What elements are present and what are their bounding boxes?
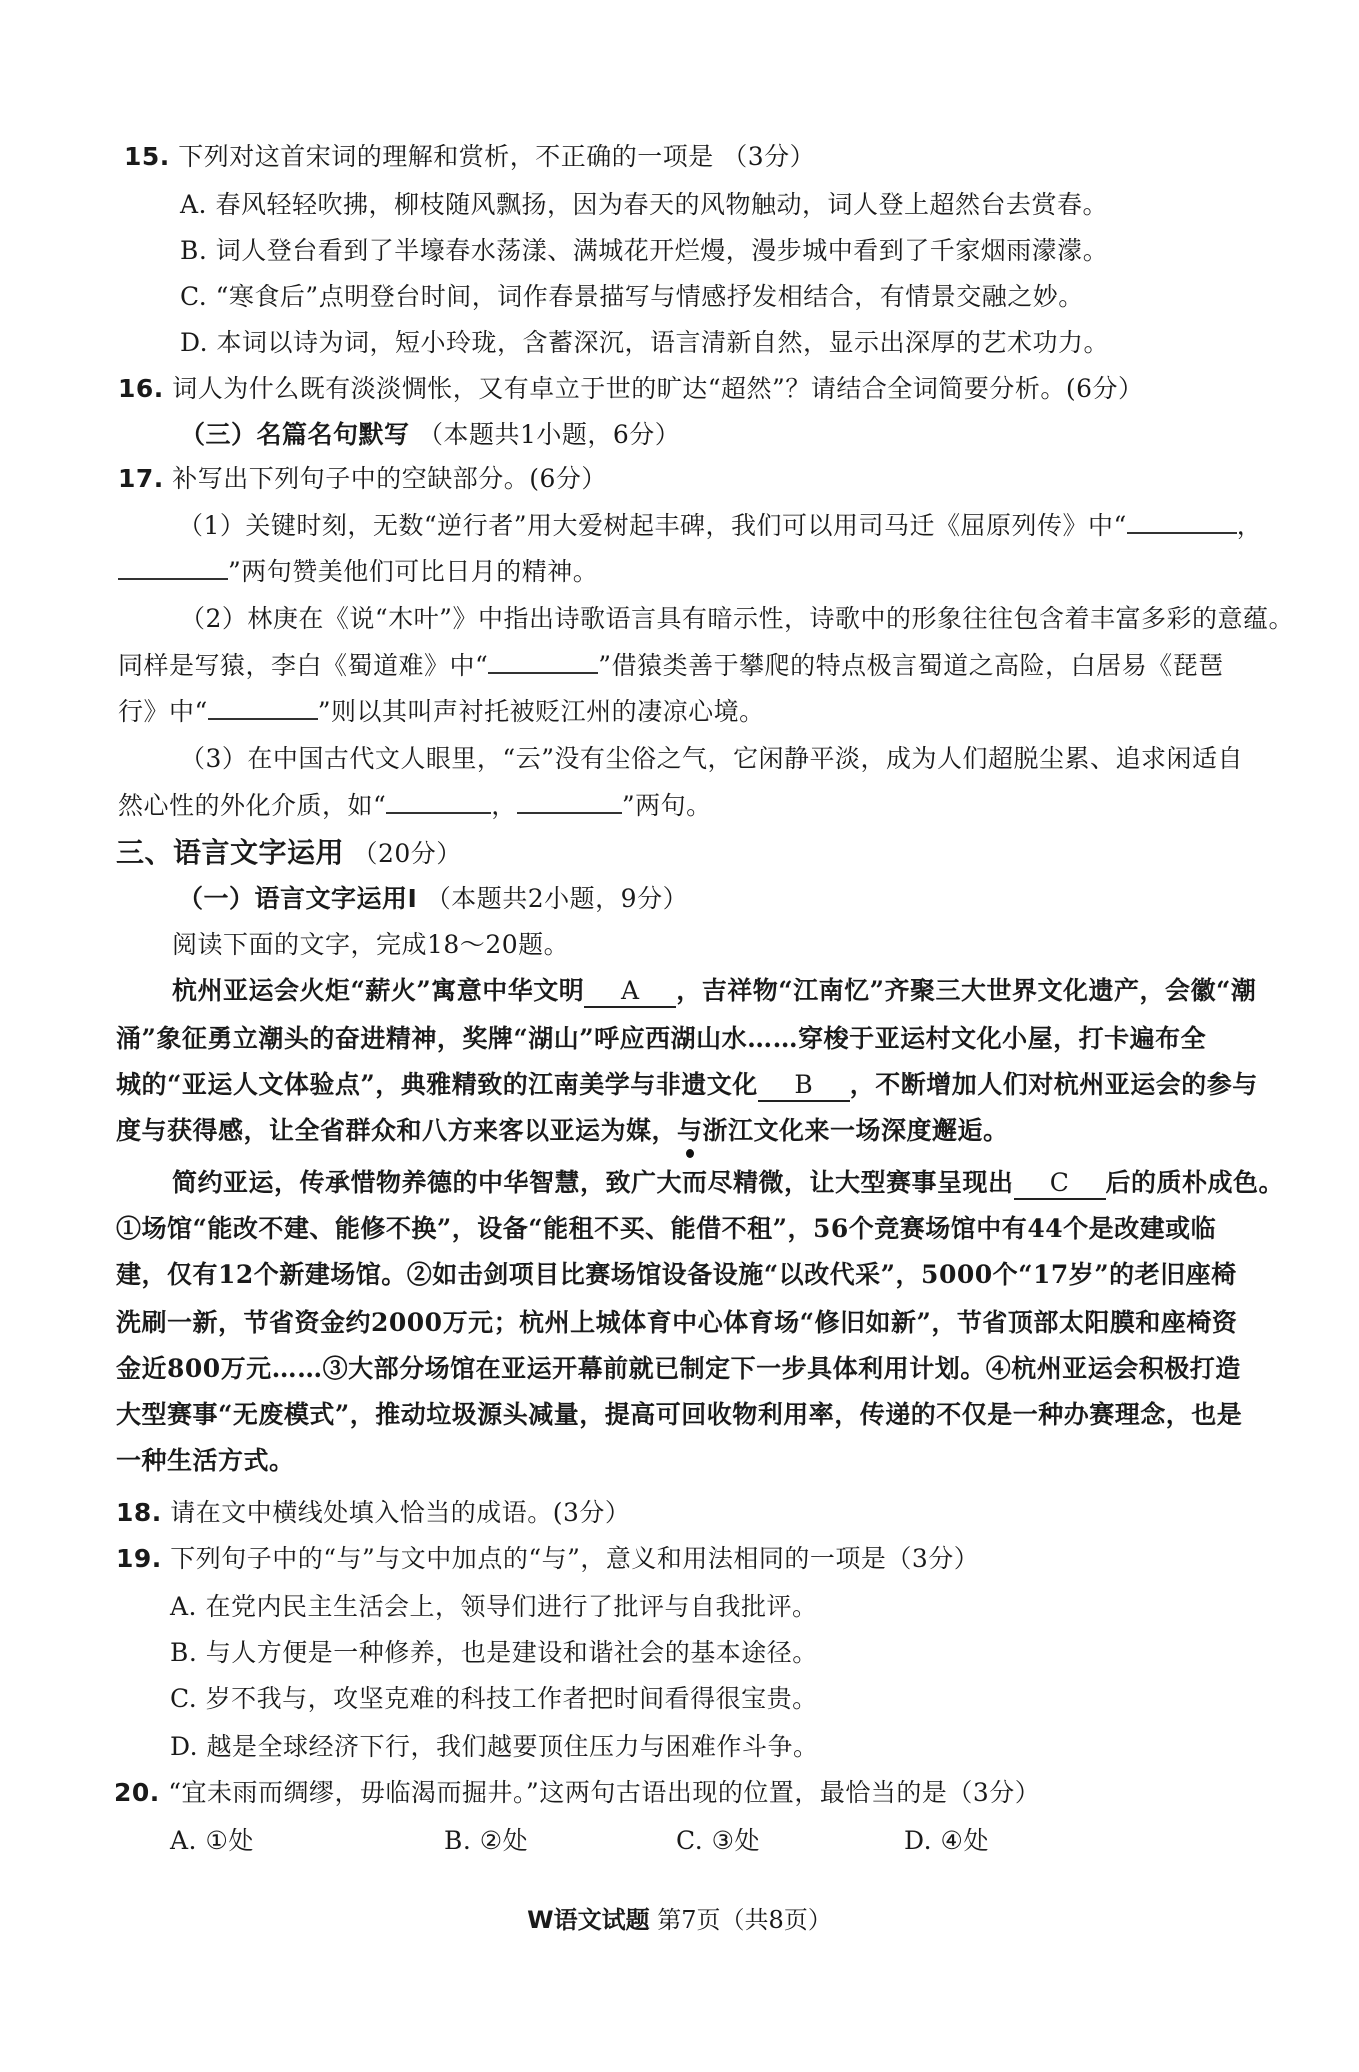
- passage-p2-line1: 简约亚运，传承惜物养德的中华智慧，致广大而尽精微，让大型赛事呈现出C后的质朴成色…: [172, 1166, 1284, 1200]
- answer-blank[interactable]: [386, 788, 491, 814]
- answer-blank[interactable]: [118, 554, 228, 580]
- passage-p1-line3: 城的“亚运人文体验点”，典雅精致的江南美学与非遗文化B，不断增加人们对杭州亚运会…: [116, 1068, 1258, 1102]
- text: 同样是写猿，李白《蜀道难》中“: [118, 651, 488, 680]
- exam-page: 15. 下列对这首宋词的理解和赏析，不正确的一项是 （3分） A. 春风轻轻吹拂…: [0, 0, 1359, 2072]
- question-stem: “宜未雨而绸缪，毋临渴而掘井。”这两句古语出现的位置，最恰当的是（3分）: [168, 1778, 1040, 1807]
- passage-p2-line5: 金近800万元……③大部分场馆在亚运开幕前就已制定下一步具体利用计划。④杭州亚运…: [116, 1352, 1241, 1386]
- question-number: 20.: [114, 1778, 160, 1807]
- subsection-heading: （三）名篇名句默写 （本题共1小题，6分）: [180, 418, 680, 452]
- subsection-title: （一）语言文字运用Ⅰ: [178, 884, 417, 913]
- q15-option-b: B. 词人登台看到了半壕春水荡漾、满城花开烂熳，漫步城中看到了千家烟雨濛濛。: [180, 234, 1108, 268]
- answer-blank[interactable]: [488, 648, 598, 674]
- question-number: 15.: [124, 142, 170, 171]
- question-number: 18.: [116, 1498, 162, 1527]
- text: 简约亚运，传承惜物养德的中华智慧，致广大而尽精微，让大型赛事呈现出: [172, 1168, 1014, 1197]
- question-stem: 下列句子中的“与”与文中加点的“与”，意义和用法相同的一项是（3分）: [170, 1544, 979, 1573]
- section-title: 三、语言文字运用: [116, 836, 344, 869]
- passage-p1-line4: 度与获得感，让全省群众和八方来客以亚运为媒，与浙江文化来一场深度邂逅。: [116, 1114, 1009, 1148]
- question-20: 20. “宜未雨而绸缪，毋临渴而掘井。”这两句古语出现的位置，最恰当的是（3分）: [114, 1776, 1040, 1810]
- text: ”两句。: [622, 791, 712, 820]
- footer-page-number: 第7页（共8页）: [657, 1906, 832, 1934]
- text: （1）关键时刻，无数“逆行者”用大爱树起丰碑，我们可以用司马迁《屈原列传》中“: [178, 511, 1127, 540]
- passage-p2-line2: ①场馆“能改不建、能修不换”，设备“能租不买、能借不租”，56个竞赛场馆中有44…: [116, 1212, 1216, 1246]
- footer-title: W语文试题: [527, 1906, 649, 1934]
- subsection-note: （本题共1小题，6分）: [418, 420, 680, 449]
- text: 杭州亚运会火炬“薪火”寓意中华文明: [172, 976, 584, 1005]
- q17-part2-line3: 行》中“”则以其叫声衬托被贬江州的凄凉心境。: [118, 694, 765, 729]
- question-number: 16.: [118, 374, 164, 403]
- text: ，吉祥物“江南忆”齐聚三大世界文化遗产，会徽“潮: [676, 976, 1256, 1005]
- question-17: 17. 补写出下列句子中的空缺部分。(6分）: [118, 462, 607, 496]
- text: ”两句赞美他们可比日月的精神。: [228, 557, 598, 586]
- q17-part2-line2: 同样是写猿，李白《蜀道难》中“”借猿类善于攀爬的特点极言蜀道之高险，白居易《琵琶: [118, 648, 1224, 683]
- passage-p1-line1: 杭州亚运会火炬“薪火”寓意中华文明A，吉祥物“江南忆”齐聚三大世界文化遗产，会徽…: [172, 974, 1256, 1008]
- q19-option-b: B. 与人方便是一种修养，也是建设和谐社会的基本途径。: [170, 1636, 818, 1670]
- question-stem: 下列对这首宋词的理解和赏析，不正确的一项是 （3分）: [178, 142, 815, 171]
- subsection-note: （本题共2小题，9分）: [426, 884, 688, 913]
- subsection-heading: （一）语言文字运用Ⅰ （本题共2小题，9分）: [178, 882, 688, 916]
- q17-part1-line1: （1）关键时刻，无数“逆行者”用大爱树起丰碑，我们可以用司马迁《屈原列传》中“，: [178, 508, 1262, 543]
- answer-blank[interactable]: [1127, 508, 1237, 534]
- answer-blank[interactable]: [517, 788, 622, 814]
- q20-options: A. ①处 B. ②处 C. ③处 D. ④处: [0, 1824, 1359, 1864]
- passage-p2-line3: 建，仅有12个新建场馆。②如击剑项目比赛场馆设备设施“以改代采”，5000个“1…: [116, 1258, 1237, 1292]
- passage-p2-line7: 一种生活方式。: [116, 1444, 295, 1478]
- passage-p1-line2: 涌”象征勇立潮头的奋进精神，奖牌“湖山”呼应西湖山水……穿梭于亚运村文化小屋，打…: [116, 1022, 1206, 1056]
- q19-option-d: D. 越是全球经济下行，我们越要顶住压力与困难作斗争。: [170, 1730, 819, 1764]
- passage-p2-line6: 大型赛事“无废模式”，推动垃圾源头减量，提高可回收物利用率，传递的不仅是一种办赛…: [116, 1398, 1242, 1432]
- q17-part3-line1: （3）在中国古代文人眼里，“云”没有尘俗之气，它闲静平淡，成为人们超脱尘累、追求…: [180, 742, 1243, 776]
- text: ”则以其叫声衬托被贬江州的凄凉心境。: [318, 697, 765, 726]
- text: 城的“亚运人文体验点”，典雅精致的江南美学与非遗文化: [116, 1070, 758, 1099]
- text: 浙江文化来一场深度邂逅。: [703, 1116, 1009, 1145]
- question-number: 17.: [118, 464, 164, 493]
- q19-option-a: A. 在党内民主生活会上，领导们进行了批评与自我批评。: [170, 1590, 817, 1624]
- question-18: 18. 请在文中横线处填入恰当的成语。(3分）: [116, 1496, 630, 1530]
- section-score: （20分）: [352, 839, 461, 868]
- q15-option-c: C. “寒食后”点明登台时间，词作春景描写与情感抒发相结合，有情景交融之妙。: [180, 280, 1084, 314]
- q20-option-a: A. ①处: [170, 1824, 254, 1858]
- text: ，: [491, 791, 517, 820]
- section-heading: 三、语言文字运用 （20分）: [116, 836, 462, 871]
- blank-c[interactable]: C: [1014, 1168, 1106, 1200]
- blank-b[interactable]: B: [758, 1070, 850, 1102]
- q20-option-b: B. ②处: [444, 1824, 528, 1858]
- text: 度与获得感，让全省群众和八方来客以亚运为媒，: [116, 1116, 677, 1145]
- q19-option-c: C. 岁不我与，攻坚克难的科技工作者把时间看得很宝贵。: [170, 1682, 818, 1716]
- q15-option-a: A. 春风轻轻吹拂，柳枝随风飘扬，因为春天的风物触动，词人登上超然台去赏春。: [180, 188, 1108, 222]
- q17-part1-line2: ”两句赞美他们可比日月的精神。: [118, 554, 598, 589]
- passage-p2-line4: 洗刷一新，节省资金约2000万元；杭州上城体育中心体育场“修旧如新”，节省顶部太…: [116, 1306, 1237, 1340]
- question-15: 15. 下列对这首宋词的理解和赏析，不正确的一项是 （3分）: [124, 140, 815, 174]
- blank-a[interactable]: A: [584, 976, 676, 1008]
- answer-blank[interactable]: [208, 694, 318, 720]
- text: 然心性的外化介质，如“: [118, 791, 386, 820]
- emphasized-character: 与: [677, 1114, 703, 1148]
- text: 后的质朴成色。: [1106, 1168, 1285, 1197]
- reading-instruction: 阅读下面的文字，完成18～20题。: [172, 928, 569, 962]
- question-stem: 词人为什么既有淡淡惆怅，又有卓立于世的旷达“超然”？请结合全词简要分析。(6分）: [172, 374, 1143, 403]
- q20-option-c: C. ③处: [676, 1824, 760, 1858]
- text: 行》中“: [118, 697, 208, 726]
- q15-option-d: D. 本词以诗为词，短小玲珑，含蓄深沉，语言清新自然，显示出深厚的艺术功力。: [180, 326, 1109, 360]
- text: ，: [1237, 511, 1263, 540]
- text: ，不断增加人们对杭州亚运会的参与: [850, 1070, 1258, 1099]
- q20-option-d: D. ④处: [904, 1824, 989, 1858]
- q17-part3-line2: 然心性的外化介质，如“，”两句。: [118, 788, 712, 823]
- question-stem: 请在文中横线处填入恰当的成语。(3分）: [170, 1498, 630, 1527]
- question-19: 19. 下列句子中的“与”与文中加点的“与”，意义和用法相同的一项是（3分）: [116, 1542, 979, 1576]
- question-number: 19.: [116, 1544, 162, 1573]
- subsection-title: （三）名篇名句默写: [180, 420, 410, 449]
- question-16: 16. 词人为什么既有淡淡惆怅，又有卓立于世的旷达“超然”？请结合全词简要分析。…: [118, 372, 1143, 406]
- page-footer: W语文试题 第7页（共8页）: [0, 1904, 1359, 1936]
- text: ”借猿类善于攀爬的特点极言蜀道之高险，白居易《琵琶: [598, 651, 1223, 680]
- question-stem: 补写出下列句子中的空缺部分。(6分）: [172, 464, 607, 493]
- q17-part2-line1: （2）林庚在《说“木叶”》中指出诗歌语言具有暗示性，诗歌中的形象往往包含着丰富多…: [180, 602, 1294, 636]
